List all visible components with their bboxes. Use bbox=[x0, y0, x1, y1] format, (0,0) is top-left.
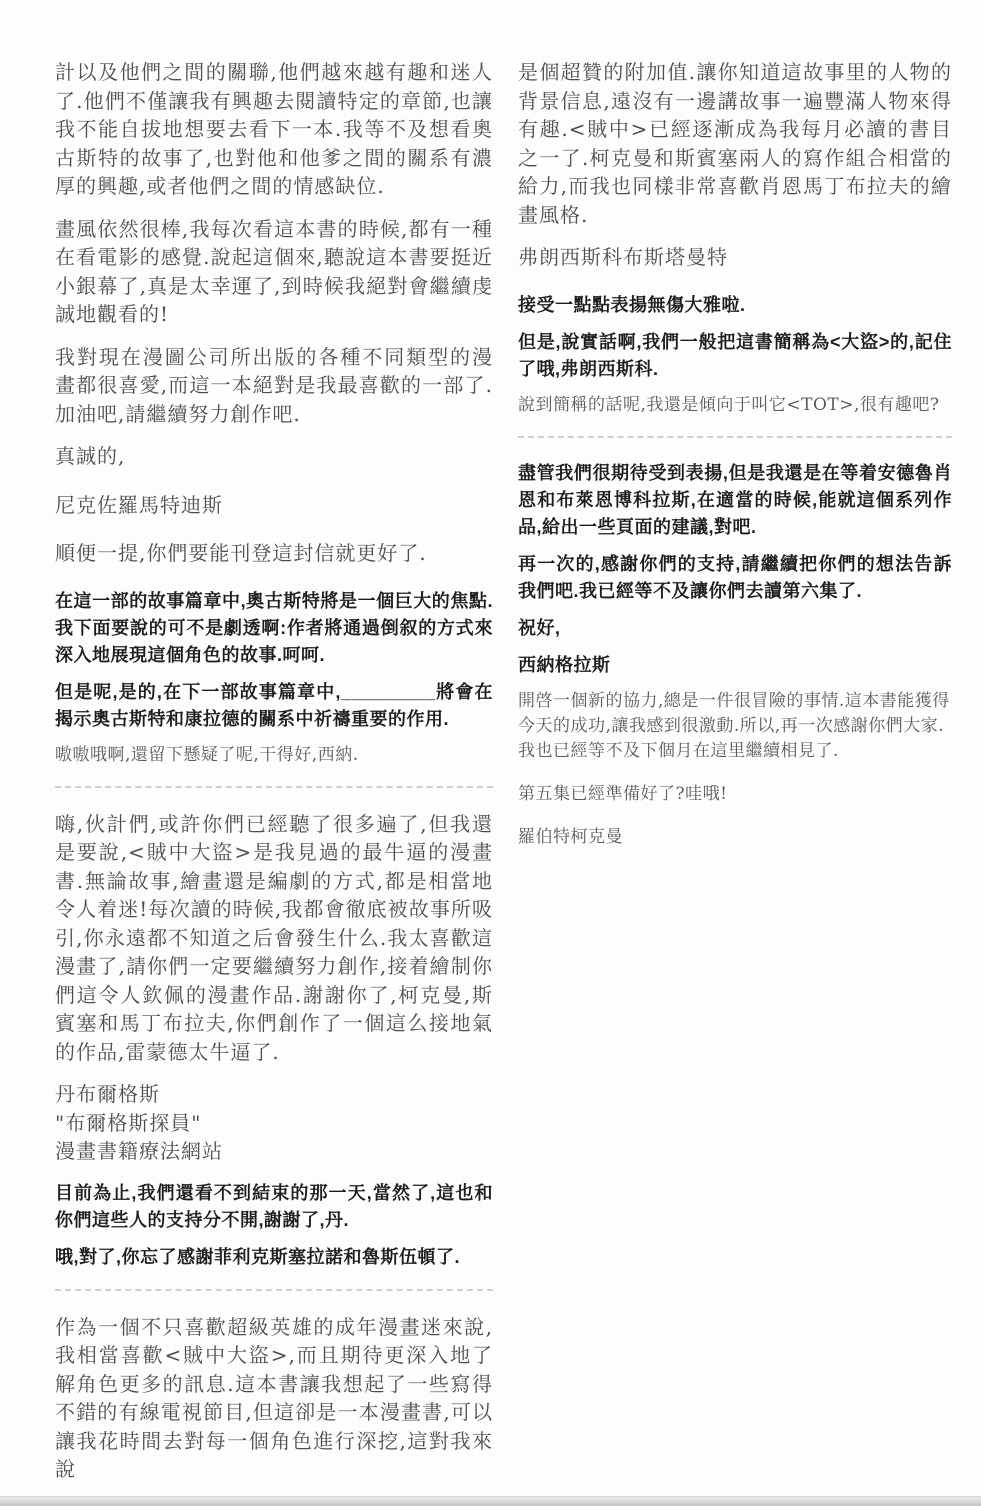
editor-reply-paragraph: 但是,說實話啊,我們一般把這書簡稱為<大盜>的,記住了哦,弗朗西斯科. bbox=[518, 329, 952, 383]
fan-letter-paragraph: 我對現在漫圖公司所出版的各種不同類型的漫畫都很喜愛,而這一本絕對是我最喜歡的一部… bbox=[55, 343, 493, 429]
dashed-divider bbox=[55, 786, 493, 788]
letter-closing: 真誠的, bbox=[55, 442, 493, 471]
dashed-divider bbox=[518, 436, 952, 438]
editor-reply-paragraph: 但是呢,是的,在下一部故事篇章中,_________將會在揭示奧古斯特和康拉德的… bbox=[55, 679, 493, 733]
right-column: 是個超贊的附加值.讓你知道這故事里的人物的背景信息,遠沒有一邊講故事一遍豐滿人物… bbox=[518, 58, 952, 868]
signature-dan-block: 丹布爾格斯 "布爾格斯探員" 漫畫書籍療法網站 bbox=[55, 1080, 493, 1166]
letter-postscript: 順便一提,你們要能刊登這封信就更好了. bbox=[55, 539, 493, 568]
fan-letter-paragraph: 計以及他們之間的關聯,他們越來越有趣和迷人了.他們不僅讓我有興趣去閱讀特定的章節… bbox=[55, 58, 493, 201]
fan-letter-paragraph: 畫風依然很棒,我每次看這本書的時候,都有一種在看電影的感覺.說起這個來,聽說這本… bbox=[55, 215, 493, 329]
editor-reply-paragraph: 目前為止,我們還看不到結束的那一天,當然了,這也和你們這些人的支持分不開,謝謝了… bbox=[55, 1180, 493, 1234]
editor-reply-paragraph: 哦,對了,你忘了感謝菲利克斯塞拉諾和魯斯伍頓了. bbox=[55, 1244, 493, 1271]
fan-letter-paragraph: 作為一個不只喜歡超級英雄的成年漫畫迷來說,我相當喜歡<賊中大盜>,而且期待更深入… bbox=[55, 1313, 493, 1484]
letters-page: 計以及他們之間的關聯,他們越來越有趣和迷人了.他們不僅讓我有興趣去閱讀特定的章節… bbox=[0, 0, 981, 1506]
editor-aside-note: 開啓一個新的協力,總是一件很冒險的事情.這本書能獲得今天的成功,讓我感到很激動.… bbox=[518, 689, 952, 764]
editor-aside-note: 第五集已經準備好了?哇哦! bbox=[518, 782, 952, 807]
fan-letter-paragraph: 嗨,伙計們,或許你們已經聽了很多遍了,但我還是要說,<賊中大盜>是我見過的最牛逼… bbox=[55, 810, 493, 1067]
signature-francisco: 弗朗西斯科布斯塔曼特 bbox=[518, 243, 952, 272]
fan-letter-paragraph: 是個超贊的附加值.讓你知道這故事里的人物的背景信息,遠沒有一邊講故事一遍豐滿人物… bbox=[518, 58, 952, 229]
bottom-scroll-track bbox=[0, 1496, 981, 1506]
signature-kirkman: 羅伯特柯克曼 bbox=[518, 825, 952, 850]
editor-reply-paragraph: 盡管我們很期待受到表揚,但是我還是在等着安德魯肖恩和布萊恩博科拉斯,在適當的時候… bbox=[518, 460, 952, 541]
left-column: 計以及他們之間的關聯,他們越來越有趣和迷人了.他們不僅讓我有興趣去閱讀特定的章節… bbox=[55, 58, 493, 1498]
dashed-divider bbox=[55, 1289, 493, 1291]
editor-reply-paragraph: 在這一部的故事篇章中,奧古斯特將是一個巨大的焦點.我下面要說的可不是劇透啊:作者… bbox=[55, 588, 493, 669]
editor-reply-paragraph: 再一次的,感謝你們的支持,請繼續把你們的想法告訴我們吧.我已經等不及讓你們去讀第… bbox=[518, 551, 952, 605]
editor-reply-paragraph: 接受一點點表揚無傷大雅啦. bbox=[518, 292, 952, 319]
editor-aside-note: 嗷嗷哦啊,還留下懸疑了呢,干得好,西納. bbox=[55, 743, 493, 768]
editor-aside-note: 說到簡稱的話呢,我還是傾向于叫它<TOT>,很有趣吧? bbox=[518, 393, 952, 418]
signature-nick: 尼克佐羅馬特迪斯 bbox=[55, 491, 493, 520]
editor-closing: 祝好, bbox=[518, 615, 952, 642]
signature-sina: 西納格拉斯 bbox=[518, 652, 952, 679]
